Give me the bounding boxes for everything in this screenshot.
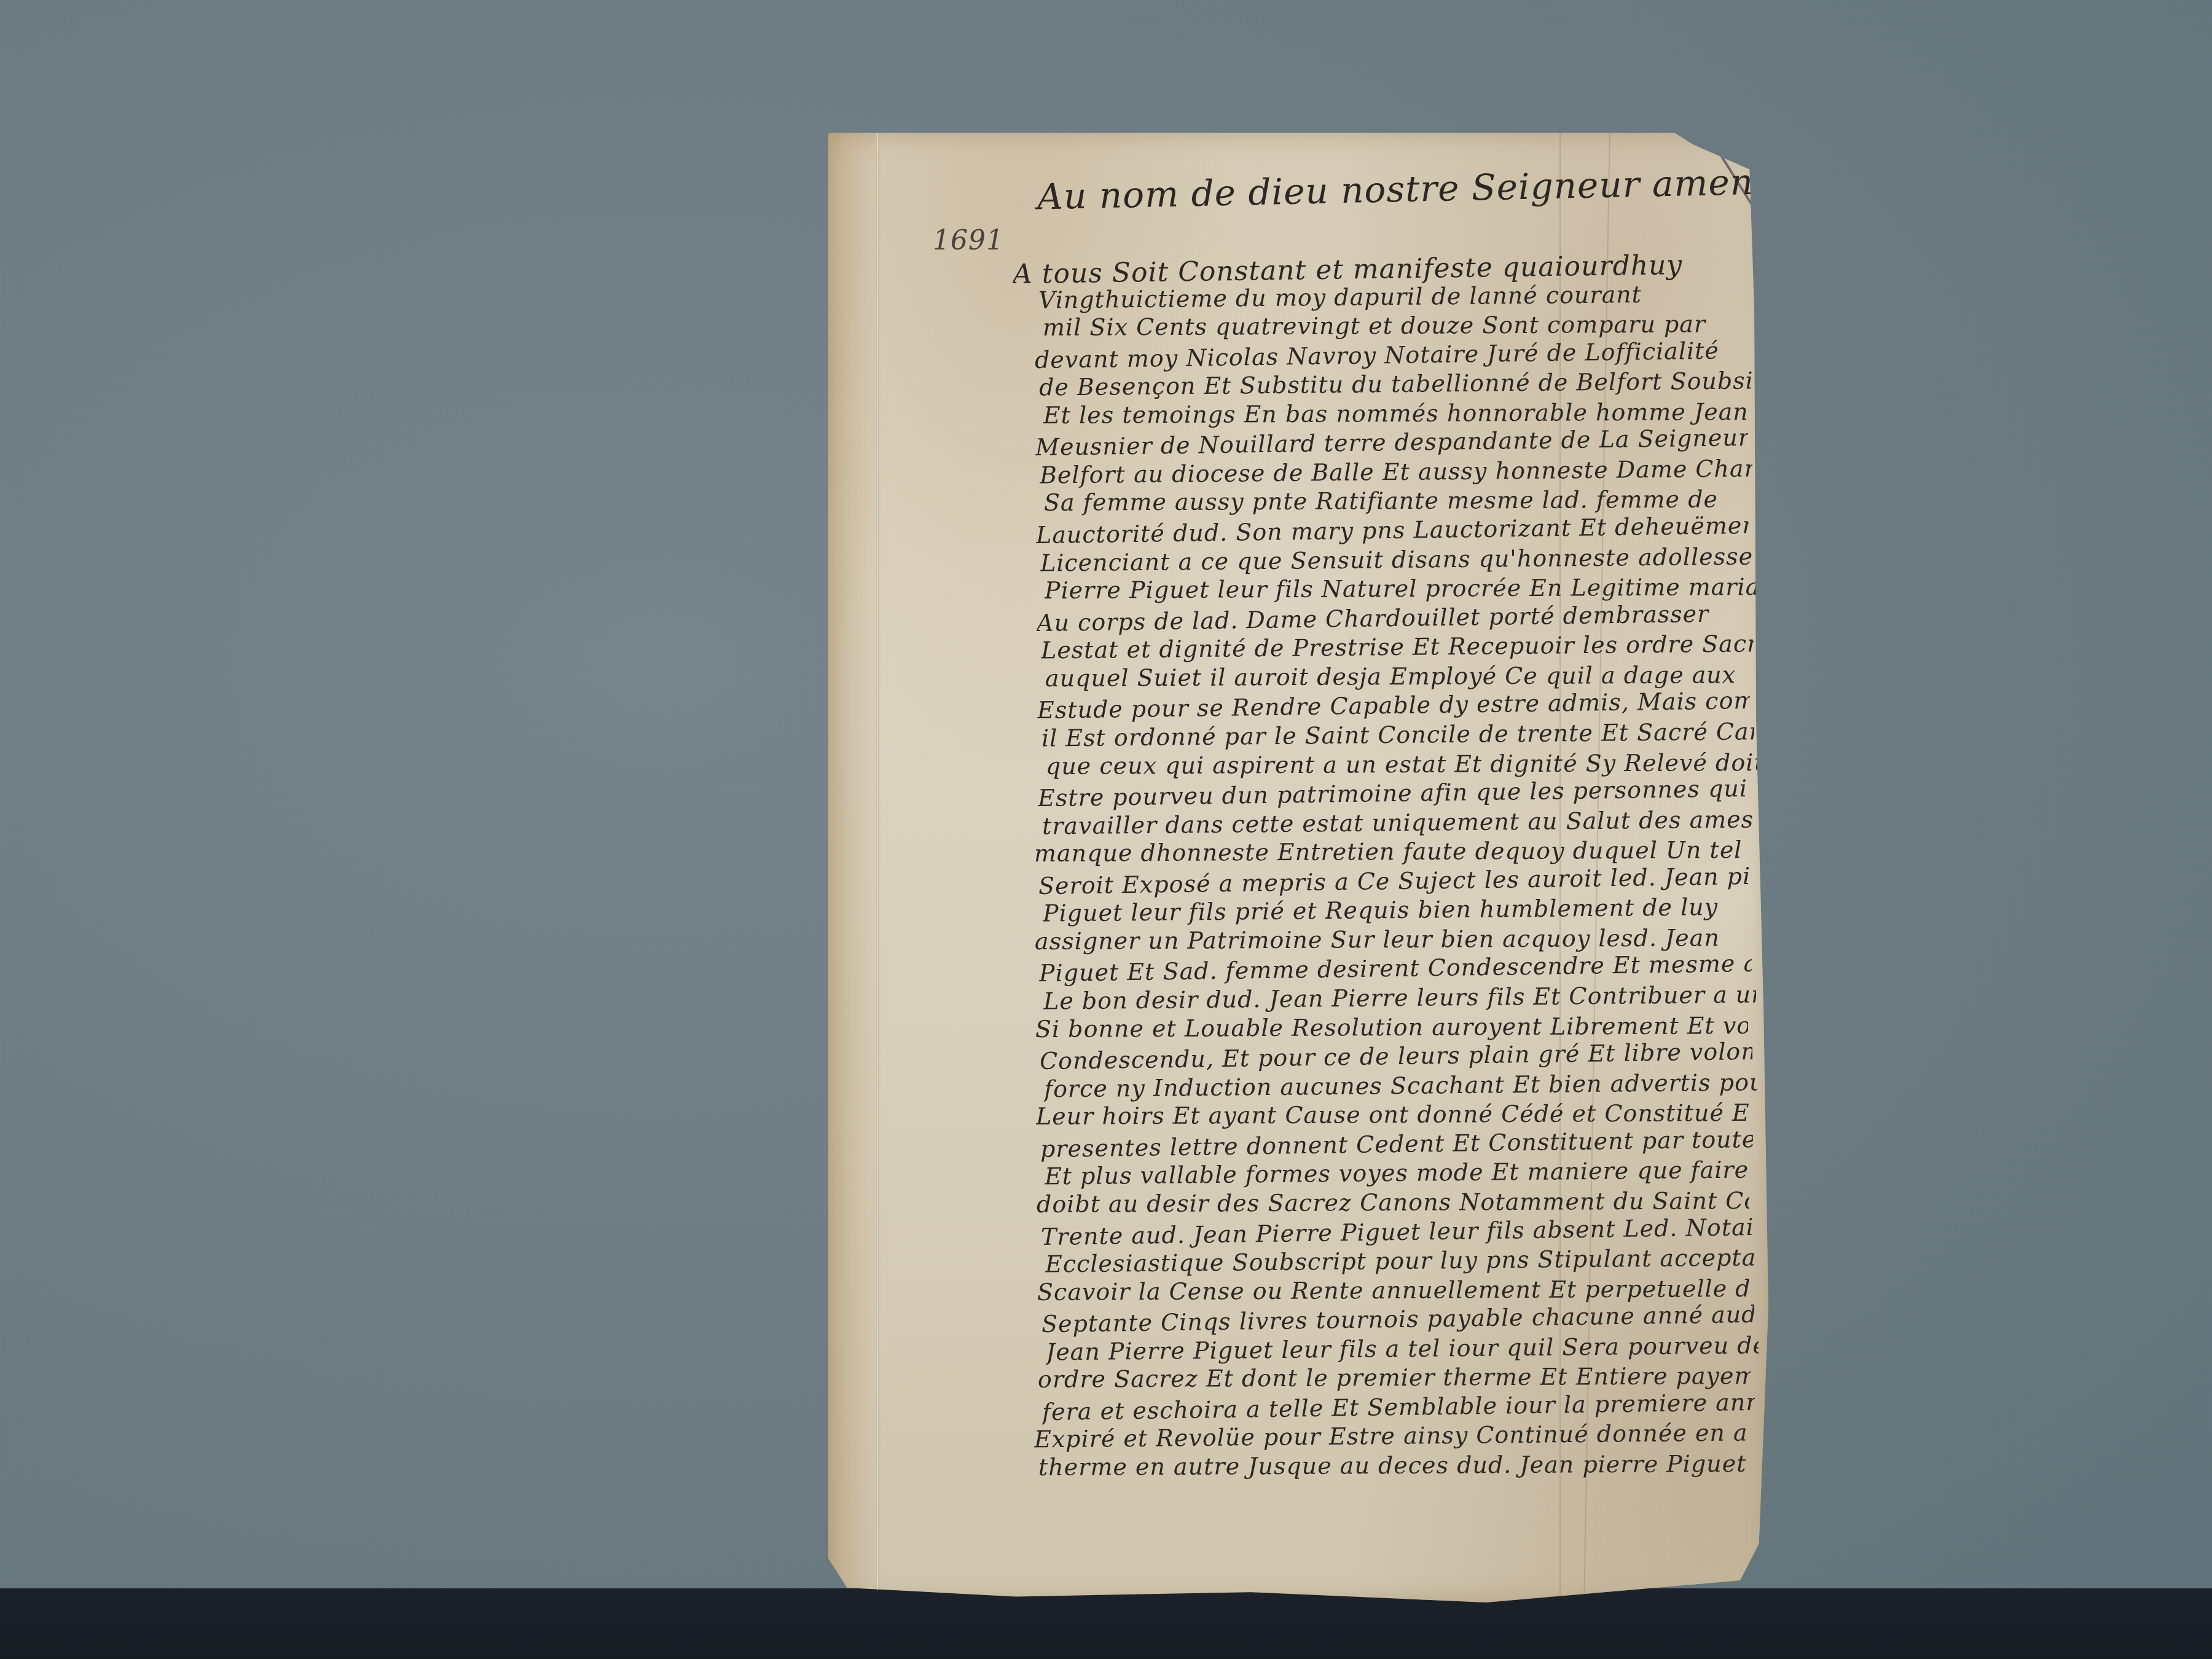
document-heading: Au nom de dieu nostre Seigneur amen.: [1037, 161, 1766, 218]
binding-fold: [876, 133, 879, 1602]
manuscript-line: Estre pourveu dun patrimoine afin que le…: [1038, 775, 1751, 812]
manuscript-line: Ecclesiastique Soubscript pour luy pns S…: [1045, 1244, 1758, 1277]
manuscript-line: de Besençon Et Substitu du tabellionné d…: [1039, 367, 1752, 401]
manuscript-line: Pierre Piguet leur fils Naturel procrée …: [1045, 573, 1757, 604]
manuscript-line: doibt au desir des Sacrez Canons Notamme…: [1037, 1187, 1749, 1218]
manuscript-line: Si bonne et Louable Resolution auroyent …: [1035, 1012, 1748, 1043]
manuscript-line: Jean Pierre Piguet leur fils a tel iour …: [1046, 1332, 1759, 1365]
dark-table-surface: [0, 1588, 2212, 1659]
manuscript-line: Lauctorité dud. Son mary pns Lauctorizan…: [1036, 512, 1749, 549]
manuscript-line: que ceux qui aspirent a un estat Et dign…: [1046, 748, 1759, 779]
manuscript-line: Et plus vallable formes voyes mode Et ma…: [1045, 1156, 1757, 1190]
manuscript-line: Le bon desir dud. Jean Pierre leurs fils…: [1043, 981, 1756, 1014]
manuscript-line: assigner un Patrimoine Sur leur bien acq…: [1035, 924, 1747, 955]
manuscript-line: Expiré et Revolüe pour Estre ainsy Conti…: [1034, 1419, 1747, 1453]
manuscript-line: Scavoir la Cense ou Rente annuellement E…: [1037, 1275, 1750, 1306]
manuscript-page: Au nom de dieu nostre Seigneur amen. 169…: [828, 133, 1768, 1602]
manuscript-line: Lestat et dignité de Prestrise Et Recepu…: [1041, 630, 1754, 664]
manuscript-line: Belfort au diocese de Balle Et aussy hon…: [1040, 455, 1752, 488]
manuscript-line: force ny Induction aucunes Scachant Et b…: [1044, 1069, 1757, 1102]
manuscript-line: Piguet leur fils prié et Requis bien hum…: [1043, 893, 1755, 927]
manuscript-line: Sa femme aussy pnte Ratifiante mesme lad…: [1044, 485, 1757, 516]
margin-date: 1691: [933, 225, 1004, 256]
manuscript-line: Licenciant a ce que Sensuit disans qu'ho…: [1040, 543, 1753, 576]
manuscript-line: Leur hoirs Et ayant Cause ont donné Cédé…: [1036, 1099, 1749, 1130]
manuscript-line: therme en autre Jusque au deces dud. Jea…: [1038, 1450, 1751, 1481]
manuscript-line: ordre Sacrez Et dont le premier therme E…: [1038, 1362, 1751, 1393]
manuscript-line: manque dhonneste Entretien faute dequoy …: [1034, 836, 1747, 867]
manuscript-line: il Est ordonné par le Saint Concile de t…: [1041, 718, 1754, 751]
manuscript-line: travailler dans cette estat uniquement a…: [1042, 806, 1755, 839]
manuscript-line: mil Six Cents quatrevingt et douze Sont …: [1043, 310, 1755, 341]
manuscript-line: auquel Suiet il auroit desja Employé Ce …: [1045, 661, 1758, 692]
manuscript-line: Et les temoings En bas nommés honnorable…: [1043, 398, 1756, 429]
